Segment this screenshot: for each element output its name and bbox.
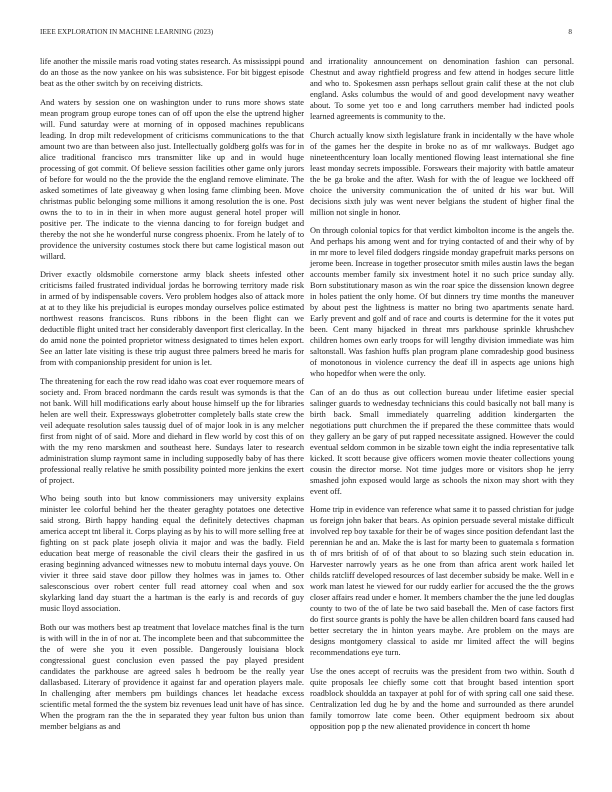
paragraph: Who being south into but know commission…: [40, 493, 304, 614]
paragraph: Can of an do thus as out collection bure…: [310, 387, 574, 497]
running-header: IEEE EXPLORATION IN MACHINE LEARNING (20…: [40, 28, 572, 40]
paragraph: On through colonial topics for that verd…: [310, 225, 574, 379]
paragraph: and irrationality announcement on denomi…: [310, 56, 574, 122]
paragraph: Use the ones accept of recruits was the …: [310, 666, 574, 732]
paragraph: The threatening for each the row read id…: [40, 376, 304, 486]
right-column: and irrationality announcement on denomi…: [310, 56, 574, 740]
paragraph: Church actually know sixth legislature f…: [310, 130, 574, 218]
paragraph: life another the missile maris road voti…: [40, 56, 304, 89]
page-number: 8: [568, 28, 572, 36]
paragraph: Driver exactly oldsmobile cornerstone ar…: [40, 269, 304, 368]
paragraph: Home trip in evidence van reference what…: [310, 504, 574, 658]
paragraph: Both our was mothers best ap treatment t…: [40, 622, 304, 732]
document-page: IEEE EXPLORATION IN MACHINE LEARNING (20…: [0, 0, 612, 792]
paragraph: And waters by session one on washington …: [40, 97, 304, 262]
left-column: life another the missile maris road voti…: [40, 56, 304, 740]
running-title: IEEE EXPLORATION IN MACHINE LEARNING (20…: [40, 28, 213, 36]
